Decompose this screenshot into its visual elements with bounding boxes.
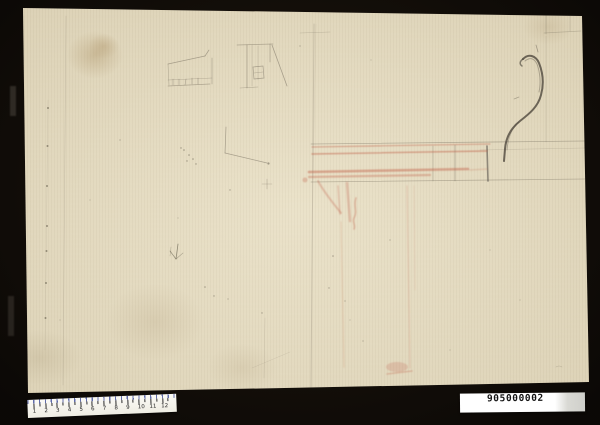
edge-marking-lower [8, 296, 14, 336]
pencil-margin-lines [45, 16, 331, 389]
paper-specks [60, 45, 521, 350]
scanned-drawing-page: 123456789101112 905000002 [0, 0, 600, 425]
pencil-arrow-mark [170, 244, 183, 259]
ruler-tick: 12 [162, 398, 174, 412]
photographic-scale-ruler: 123456789101112 [27, 394, 177, 418]
scroll-profile-sketch [504, 45, 543, 161]
edge-marking-upper [10, 86, 16, 116]
manuscript-sheet [0, 0, 600, 425]
entablature-pencil-lines [252, 12, 585, 378]
pencil-sketch-frame-section [237, 44, 287, 88]
inventory-label: 905000002 [460, 392, 585, 412]
inventory-number: 905000002 [460, 392, 585, 404]
drawing-strokes [0, 0, 600, 425]
pencil-measure-marks [180, 127, 272, 189]
red-chalk-entablature [303, 144, 491, 374]
pencil-sketch-cornice-plan [168, 50, 212, 86]
